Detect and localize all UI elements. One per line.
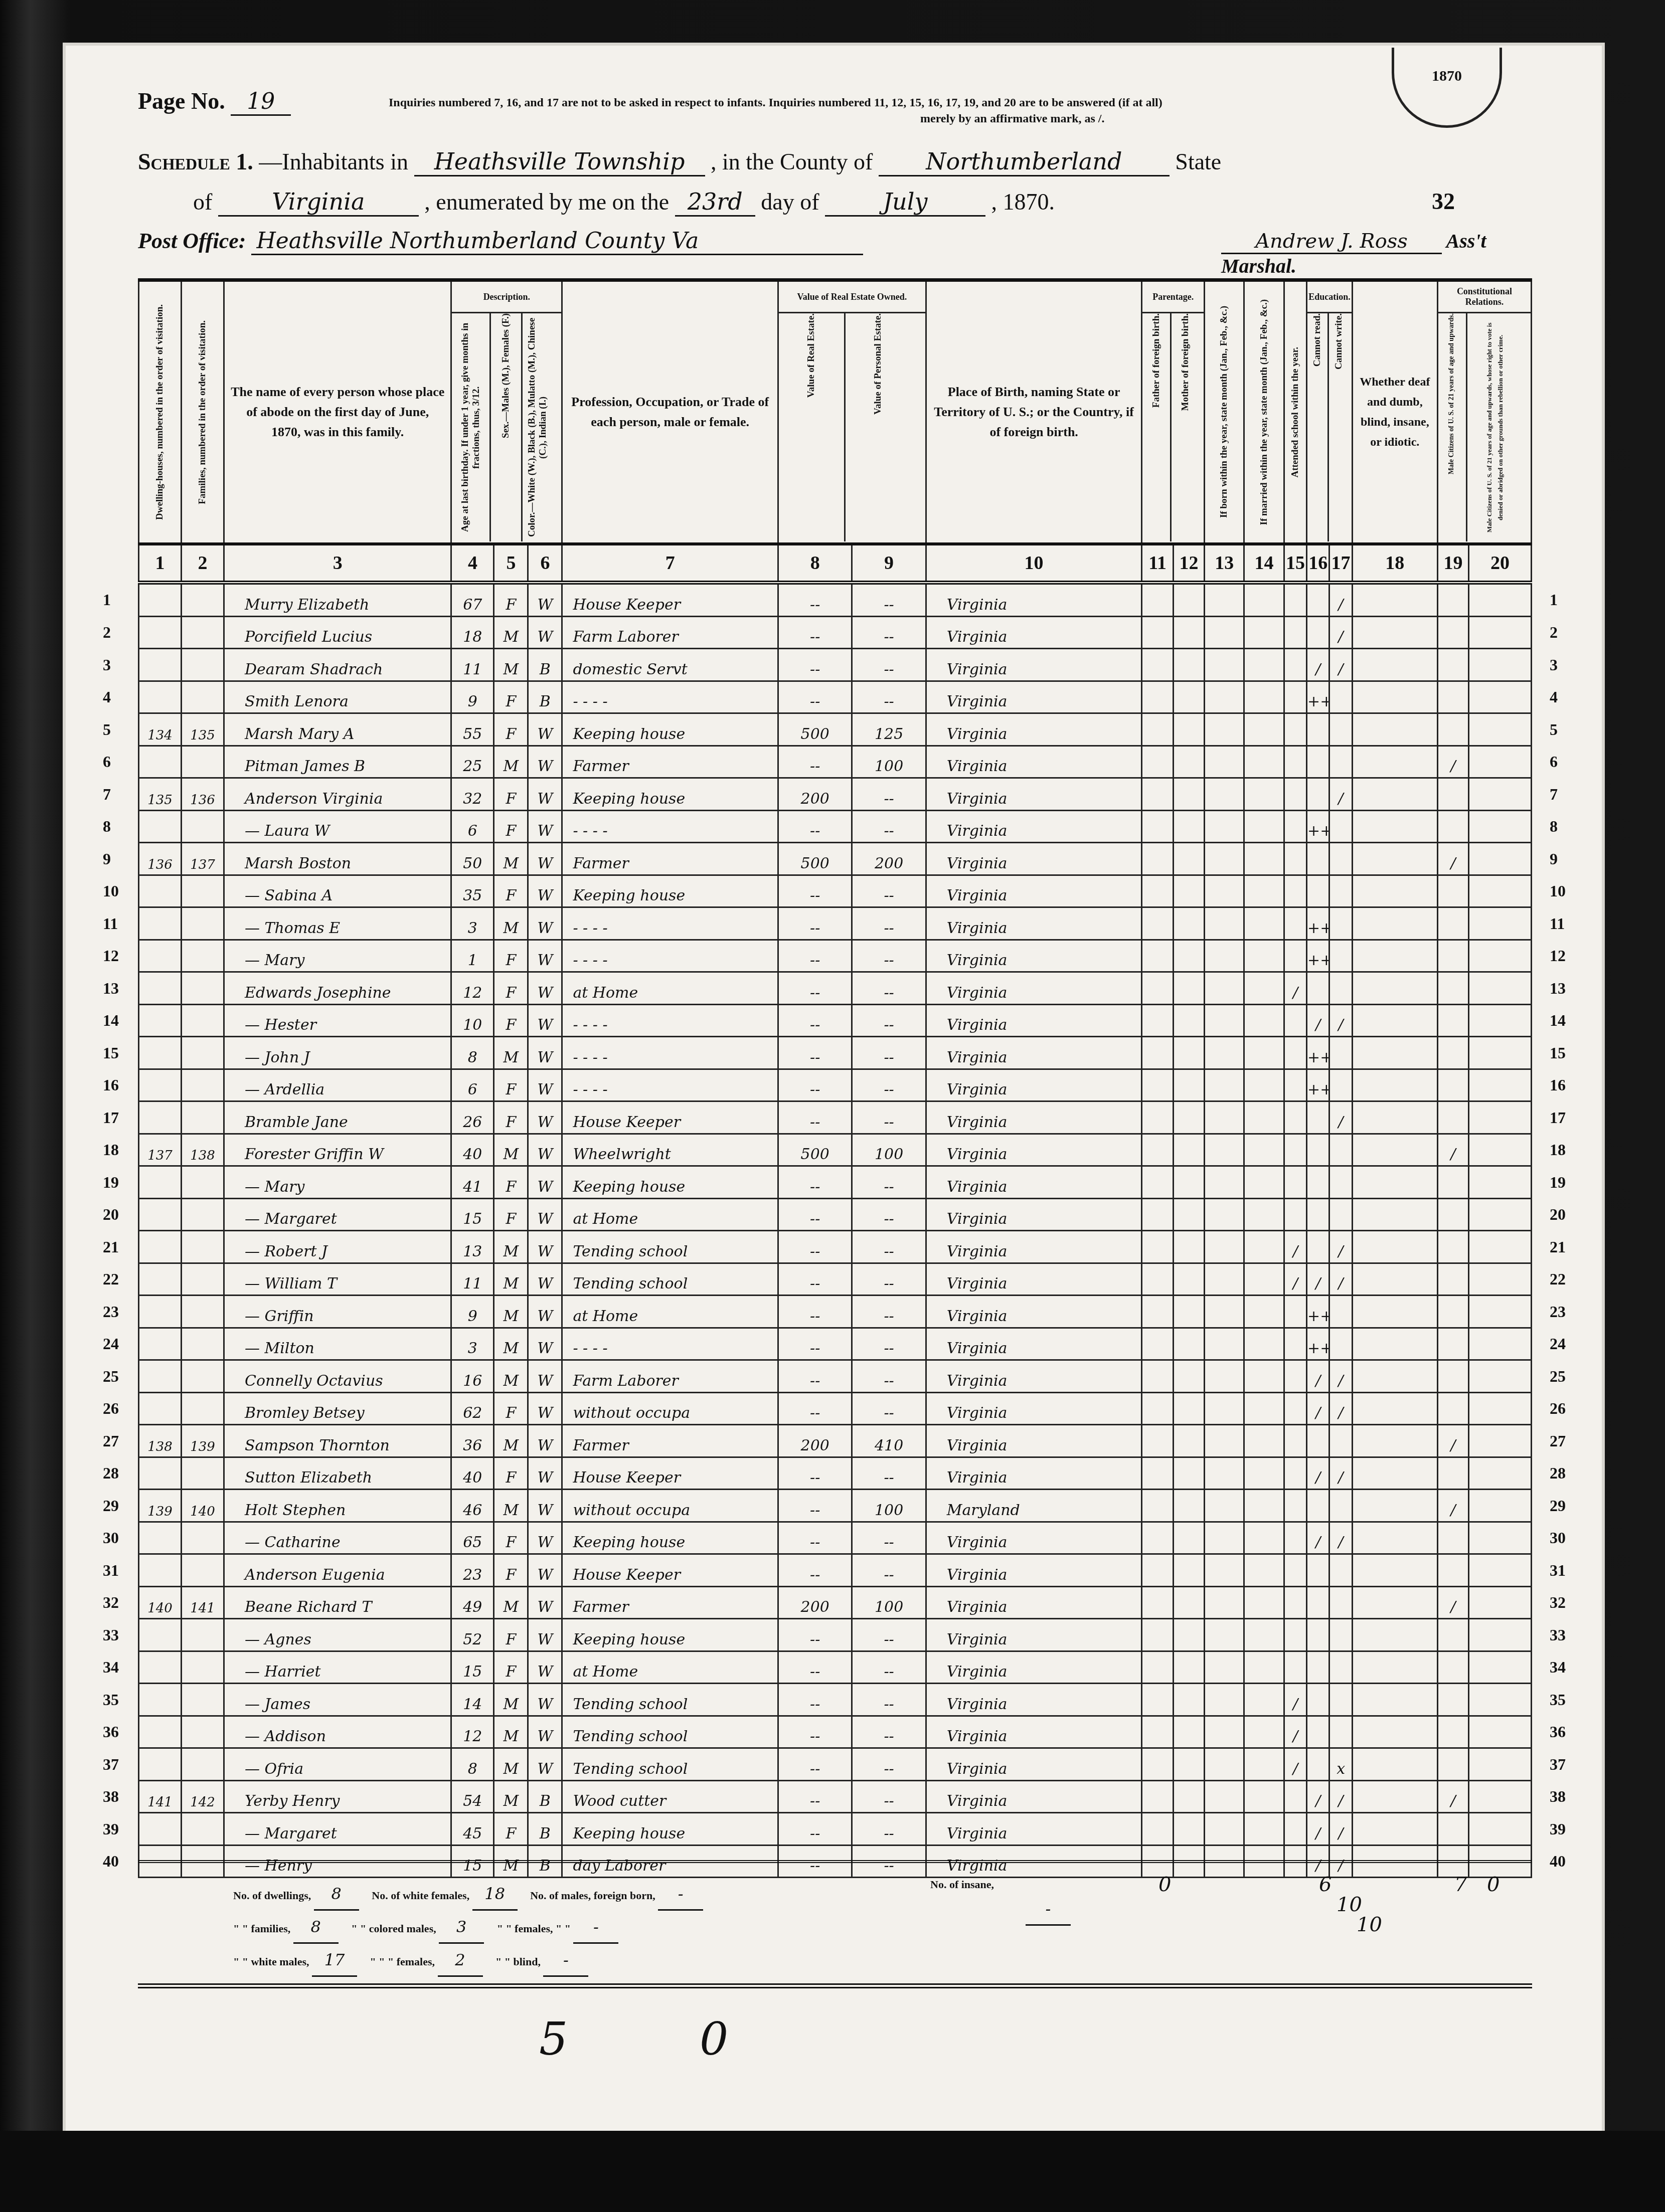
line-number-left: 4: [103, 688, 111, 706]
attended-school: [1284, 875, 1306, 907]
born-in-year: [1205, 1263, 1244, 1296]
cannot-write: /: [1329, 1360, 1352, 1393]
age: 6: [451, 810, 494, 843]
birthplace: Virginia: [926, 1134, 1142, 1166]
occupation: Wood cutter: [562, 1780, 778, 1813]
col15-total: 6: [1319, 1873, 1331, 1896]
occupation: - - - -: [562, 907, 778, 940]
blind-count: -: [543, 1944, 588, 1977]
color: W: [528, 1134, 562, 1166]
attended-school: /: [1284, 1748, 1306, 1781]
dwellings-count: 8: [314, 1878, 359, 1911]
married-in-year: [1244, 1198, 1284, 1231]
married-in-year: [1244, 1716, 1284, 1748]
schedule-line: Schedule 1. —Inhabitants in Heathsville …: [138, 148, 1221, 176]
mother-foreign: [1173, 1328, 1204, 1360]
sex: M: [494, 1684, 528, 1716]
real-estate-value: --: [778, 1554, 852, 1587]
cannot-read: [1307, 1198, 1329, 1231]
color: W: [528, 1328, 562, 1360]
cannot-read: [1307, 1101, 1329, 1134]
married-in-year: [1244, 1037, 1284, 1069]
color: W: [528, 1490, 562, 1522]
col-mother-foreign-header: Mother of foreign birth.: [1172, 313, 1199, 541]
color: W: [528, 1554, 562, 1587]
page-number-line: Page No. 19: [138, 88, 291, 116]
cannot-read: [1307, 1684, 1329, 1716]
born-in-year: [1205, 1716, 1244, 1748]
inquiries-note: Inquiries numbered 7, 16, and 17 are not…: [389, 95, 1642, 127]
disability: [1352, 583, 1437, 616]
mother-foreign: [1173, 1490, 1204, 1522]
vote-denied: [1469, 713, 1532, 746]
line-number-left: 31: [103, 1561, 119, 1580]
col-cannot-write-header: Cannot write.: [1329, 313, 1349, 541]
male-citizen: [1437, 940, 1468, 972]
census-row: 137 138 Forester Griffin W 40 M W Wheelw…: [139, 1134, 1532, 1166]
families-count: 8: [293, 1911, 339, 1944]
age: 65: [451, 1522, 494, 1554]
born-in-year: [1205, 1651, 1244, 1684]
disability: [1352, 907, 1437, 940]
mother-foreign: [1173, 1166, 1204, 1199]
age: 8: [451, 1037, 494, 1069]
census-row: — Hester 10 F W - - - - -- -- Virginia /…: [139, 1004, 1532, 1037]
male-citizen: [1437, 1619, 1468, 1651]
line-number-right: 24: [1550, 1335, 1566, 1353]
color: W: [528, 583, 562, 616]
disability: [1352, 1101, 1437, 1134]
born-in-year: [1205, 810, 1244, 843]
mother-foreign: [1173, 875, 1204, 907]
born-in-year: [1205, 1037, 1244, 1069]
cannot-read: [1307, 1748, 1329, 1781]
personal-estate-value: --: [852, 940, 926, 972]
born-in-year: [1205, 1748, 1244, 1781]
married-in-year: [1244, 1231, 1284, 1263]
col-cannot-read-header: Cannot read.: [1307, 313, 1329, 541]
cannot-write: [1329, 810, 1352, 843]
color: W: [528, 940, 562, 972]
real-estate-value: --: [778, 1360, 852, 1393]
vote-denied: [1469, 1522, 1532, 1554]
mother-foreign: [1173, 1296, 1204, 1328]
mother-foreign: [1173, 1198, 1204, 1231]
occupation: House Keeper: [562, 1101, 778, 1134]
col-real-estate-header: Value of Real Estate.: [779, 313, 846, 541]
dwelling-number: [139, 649, 182, 681]
occupation: House Keeper: [562, 583, 778, 616]
person-name: Porcifield Lucius: [224, 616, 451, 649]
married-in-year: [1244, 1392, 1284, 1425]
born-in-year: [1205, 778, 1244, 811]
real-estate-value: --: [778, 1780, 852, 1813]
line-number-left: 11: [103, 914, 118, 933]
dwelling-number: 138: [139, 1425, 182, 1457]
real-estate-value: 500: [778, 1134, 852, 1166]
stamp-year: 1870: [1432, 68, 1462, 84]
married-in-year: [1244, 1166, 1284, 1199]
line-number-right: 38: [1550, 1787, 1566, 1806]
attended-school: [1284, 1490, 1306, 1522]
age: 10: [451, 1004, 494, 1037]
census-row: — Agnes 52 F W Keeping house -- -- Virgi…: [139, 1619, 1532, 1651]
age: 40: [451, 1134, 494, 1166]
line-number-right: 34: [1550, 1658, 1566, 1677]
real-estate-value: 200: [778, 778, 852, 811]
census-row: Bramble Jane 26 F W House Keeper -- -- V…: [139, 1101, 1532, 1134]
born-in-year: [1205, 681, 1244, 713]
census-row: Pitman James B 25 M W Farmer -- 100 Virg…: [139, 746, 1532, 778]
dwelling-number: 135: [139, 778, 182, 811]
column-headers: Dwelling-houses, numbered in the order o…: [139, 282, 1532, 544]
male-citizen: /: [1437, 1780, 1468, 1813]
attended-school: [1284, 616, 1306, 649]
family-number: [182, 1037, 224, 1069]
cannot-write: [1329, 1069, 1352, 1101]
age: 1: [451, 940, 494, 972]
line-number-left: 6: [103, 753, 111, 771]
real-estate-value: --: [778, 972, 852, 1005]
father-foreign: [1142, 1716, 1173, 1748]
vote-denied: [1469, 1360, 1532, 1393]
census-row: — Robert J 13 M W Tending school -- -- V…: [139, 1231, 1532, 1263]
sex: M: [494, 907, 528, 940]
age: 52: [451, 1619, 494, 1651]
father-foreign: [1142, 681, 1173, 713]
cannot-write: [1329, 972, 1352, 1005]
personal-estate-value: --: [852, 1328, 926, 1360]
age: 12: [451, 972, 494, 1005]
disability: [1352, 746, 1437, 778]
sex: F: [494, 1651, 528, 1684]
real-estate-value: --: [778, 1263, 852, 1296]
vote-denied: [1469, 1651, 1532, 1684]
disability: [1352, 875, 1437, 907]
personal-estate-value: --: [852, 1101, 926, 1134]
line-number-right: 3: [1550, 656, 1558, 674]
age: 35: [451, 875, 494, 907]
cannot-write: [1329, 875, 1352, 907]
male-citizen: [1437, 1457, 1468, 1490]
real-estate-value: --: [778, 1457, 852, 1490]
sheet-number: 32: [1432, 188, 1455, 215]
col11-total: 0: [1158, 1873, 1171, 1896]
birthplace: Virginia: [926, 940, 1142, 972]
color: W: [528, 1457, 562, 1490]
attended-school: [1284, 1619, 1306, 1651]
cannot-write: [1329, 1586, 1352, 1619]
column-numbers: 123 456 789 101112 131415 161718 1920: [139, 544, 1532, 583]
family-number: [182, 1101, 224, 1134]
line-number-right: 31: [1550, 1561, 1566, 1580]
age: 23: [451, 1554, 494, 1587]
married-in-year: [1244, 1069, 1284, 1101]
attended-school: [1284, 843, 1306, 875]
vote-denied: [1469, 1457, 1532, 1490]
real-estate-value: --: [778, 583, 852, 616]
born-in-year: [1205, 583, 1244, 616]
cannot-write: [1329, 843, 1352, 875]
township-field: Heathsville Township: [414, 148, 705, 176]
dwelling-number: [139, 1360, 182, 1393]
real-estate-value: --: [778, 1813, 852, 1846]
male-citizen: /: [1437, 1134, 1468, 1166]
family-number: 136: [182, 778, 224, 811]
person-name: Smith Lenora: [224, 681, 451, 713]
margin-mark-left: 5: [539, 2013, 568, 2066]
father-foreign: [1142, 1328, 1173, 1360]
dwelling-number: 139: [139, 1490, 182, 1522]
mother-foreign: [1173, 616, 1204, 649]
color: W: [528, 875, 562, 907]
birthplace: Virginia: [926, 583, 1142, 616]
person-name: Dearam Shadrach: [224, 649, 451, 681]
personal-estate-value: --: [852, 1716, 926, 1748]
line-number-left: 23: [103, 1303, 119, 1321]
occupation: Tending school: [562, 1716, 778, 1748]
color: W: [528, 713, 562, 746]
disability: [1352, 1651, 1437, 1684]
married-in-year: [1244, 778, 1284, 811]
vote-denied: [1469, 1425, 1532, 1457]
family-number: [182, 1231, 224, 1263]
vote-denied: [1469, 1101, 1532, 1134]
dwelling-number: 134: [139, 713, 182, 746]
real-estate-value: 200: [778, 1586, 852, 1619]
male-citizen: [1437, 875, 1468, 907]
family-number: 138: [182, 1134, 224, 1166]
value-group-header: Value of Real Estate Owned. Value of Rea…: [778, 282, 926, 544]
vote-denied: [1469, 616, 1532, 649]
birthplace: Virginia: [926, 1198, 1142, 1231]
census-row: — Catharine 65 F W Keeping house -- -- V…: [139, 1522, 1532, 1554]
father-foreign: [1142, 1004, 1173, 1037]
cannot-read: [1307, 778, 1329, 811]
vote-denied: [1469, 1780, 1532, 1813]
cannot-read: [1307, 746, 1329, 778]
census-row: 141 142 Yerby Henry 54 M B Wood cutter -…: [139, 1780, 1532, 1813]
color: W: [528, 1004, 562, 1037]
real-estate-value: --: [778, 1619, 852, 1651]
dwelling-number: [139, 907, 182, 940]
line-number-right: 20: [1550, 1205, 1566, 1224]
married-in-year: [1244, 1328, 1284, 1360]
male-citizen: [1437, 1554, 1468, 1587]
col-male-citizen-header: Male Citizens of U. S. of 21 years of ag…: [1438, 313, 1467, 541]
married-in-year: [1244, 1554, 1284, 1587]
dwelling-number: 136: [139, 843, 182, 875]
color: B: [528, 1780, 562, 1813]
dwelling-number: [139, 1101, 182, 1134]
census-row: 136 137 Marsh Boston 50 M W Farmer 500 2…: [139, 843, 1532, 875]
born-in-year: [1205, 1457, 1244, 1490]
person-name: — Milton: [224, 1328, 451, 1360]
married-in-year: [1244, 1490, 1284, 1522]
attended-school: [1284, 583, 1306, 616]
colored-females-count: 2: [438, 1944, 483, 1977]
male-citizen: [1437, 1069, 1468, 1101]
person-name: Beane Richard T: [224, 1586, 451, 1619]
inhabitants-label: —Inhabitants in: [259, 149, 408, 174]
born-in-year: [1205, 1586, 1244, 1619]
married-in-year: [1244, 713, 1284, 746]
education-group-header: Education. Cannot read. Cannot write.: [1307, 282, 1353, 544]
birthplace: Virginia: [926, 810, 1142, 843]
person-name: — Robert J: [224, 1231, 451, 1263]
mother-foreign: [1173, 907, 1204, 940]
male-citizen: [1437, 1166, 1468, 1199]
married-in-year: [1244, 1780, 1284, 1813]
line-number-right: 11: [1550, 914, 1565, 933]
occupation: Keeping house: [562, 778, 778, 811]
personal-estate-value: --: [852, 1263, 926, 1296]
person-name: Yerby Henry: [224, 1780, 451, 1813]
state-date-line: of Virginia , enumerated by me on the 23…: [193, 188, 1055, 217]
col-disability-header: Whether deaf and dumb, blind, insane, or…: [1352, 282, 1437, 544]
line-number-right: 25: [1550, 1367, 1566, 1386]
cannot-write: [1329, 1716, 1352, 1748]
occupation: domestic Servt: [562, 649, 778, 681]
father-foreign: [1142, 1586, 1173, 1619]
mother-foreign: [1173, 1457, 1204, 1490]
personal-estate-value: --: [852, 1198, 926, 1231]
tally-block: No. of dwellings, 8 No. of white females…: [233, 1878, 713, 1977]
vote-denied: [1469, 1166, 1532, 1199]
born-in-year: [1205, 875, 1244, 907]
disability: [1352, 1134, 1437, 1166]
attended-school: [1284, 681, 1306, 713]
dwelling-number: [139, 1392, 182, 1425]
mother-foreign: [1173, 1619, 1204, 1651]
col19-total: 7: [1454, 1873, 1467, 1896]
attended-school: [1284, 1651, 1306, 1684]
line-number-right: 18: [1550, 1141, 1566, 1159]
vote-denied: [1469, 1748, 1532, 1781]
day-of-label: day of: [761, 189, 819, 215]
census-row: — Mary 1 F W - - - - -- -- Virginia ++: [139, 940, 1532, 972]
cannot-write: /: [1329, 1780, 1352, 1813]
attended-school: [1284, 940, 1306, 972]
personal-estate-value: --: [852, 1231, 926, 1263]
line-number-right: 9: [1550, 850, 1558, 868]
family-number: [182, 1651, 224, 1684]
real-estate-value: --: [778, 1684, 852, 1716]
line-number-right: 10: [1550, 882, 1566, 900]
constitutional-group-header: Constitutional Relations. Male Citizens …: [1437, 282, 1531, 544]
born-in-year: [1205, 1425, 1244, 1457]
color: W: [528, 1586, 562, 1619]
line-number-left: 18: [103, 1141, 119, 1159]
age: 46: [451, 1490, 494, 1522]
married-in-year: [1244, 649, 1284, 681]
disability: [1352, 972, 1437, 1005]
family-number: [182, 1813, 224, 1846]
personal-estate-value: --: [852, 972, 926, 1005]
person-name: — Mary: [224, 1166, 451, 1199]
attended-school: [1284, 1004, 1306, 1037]
line-number-left: 28: [103, 1464, 119, 1483]
dwelling-number: [139, 1619, 182, 1651]
male-citizen: [1437, 1296, 1468, 1328]
father-foreign: [1142, 1037, 1173, 1069]
mother-foreign: [1173, 972, 1204, 1005]
male-citizen: [1437, 810, 1468, 843]
sex: M: [494, 1425, 528, 1457]
family-number: [182, 1522, 224, 1554]
col-family-header: Families, numbered in the order of visit…: [182, 282, 224, 544]
dwelling-number: [139, 1069, 182, 1101]
attended-school: /: [1284, 1263, 1306, 1296]
white-males-count: 17: [312, 1944, 357, 1977]
real-estate-value: --: [778, 1651, 852, 1684]
born-in-year: [1205, 1813, 1244, 1846]
line-number-left: 7: [103, 785, 111, 804]
married-in-year: [1244, 1457, 1284, 1490]
family-number: [182, 1004, 224, 1037]
dwelling-number: [139, 1166, 182, 1199]
married-in-year: [1244, 1651, 1284, 1684]
dwelling-number: 141: [139, 1780, 182, 1813]
sex: M: [494, 649, 528, 681]
male-citizen: [1437, 1037, 1468, 1069]
family-number: [182, 1263, 224, 1296]
occupation: Tending school: [562, 1231, 778, 1263]
birthplace: Virginia: [926, 972, 1142, 1005]
disability: [1352, 616, 1437, 649]
foreign-females-count: -: [573, 1911, 618, 1944]
married-in-year: [1244, 1586, 1284, 1619]
vote-denied: [1469, 1586, 1532, 1619]
person-name: — Margaret: [224, 1198, 451, 1231]
line-number-right: 2: [1550, 623, 1558, 642]
age: 62: [451, 1392, 494, 1425]
line-number-right: 23: [1550, 1303, 1566, 1321]
birthplace: Virginia: [926, 1392, 1142, 1425]
birthplace: Virginia: [926, 1813, 1142, 1846]
real-estate-value: --: [778, 940, 852, 972]
vote-denied: [1469, 940, 1532, 972]
mother-foreign: [1173, 1263, 1204, 1296]
disability: [1352, 1198, 1437, 1231]
sex: M: [494, 746, 528, 778]
age: 8: [451, 1748, 494, 1781]
line-number-right: 37: [1550, 1755, 1566, 1774]
line-number-left: 37: [103, 1755, 119, 1774]
disability: [1352, 1780, 1437, 1813]
line-number-left: 8: [103, 817, 111, 836]
married-in-year: [1244, 583, 1284, 616]
person-name: — Thomas E: [224, 907, 451, 940]
disability: [1352, 713, 1437, 746]
person-name: Connelly Octavius: [224, 1360, 451, 1393]
sex: F: [494, 583, 528, 616]
census-row: — Griffin 9 M W at Home -- -- Virginia +…: [139, 1296, 1532, 1328]
real-estate-value: --: [778, 1328, 852, 1360]
cannot-read: [1307, 1166, 1329, 1199]
attended-school: [1284, 1037, 1306, 1069]
cannot-write: /: [1329, 1263, 1352, 1296]
vote-denied: [1469, 649, 1532, 681]
family-number: 139: [182, 1425, 224, 1457]
born-in-year: [1205, 1392, 1244, 1425]
cannot-write: [1329, 940, 1352, 972]
line-number-right: 32: [1550, 1593, 1566, 1612]
cannot-write: /: [1329, 1392, 1352, 1425]
attended-school: [1284, 1586, 1306, 1619]
vote-denied: [1469, 1296, 1532, 1328]
occupation: at Home: [562, 1198, 778, 1231]
